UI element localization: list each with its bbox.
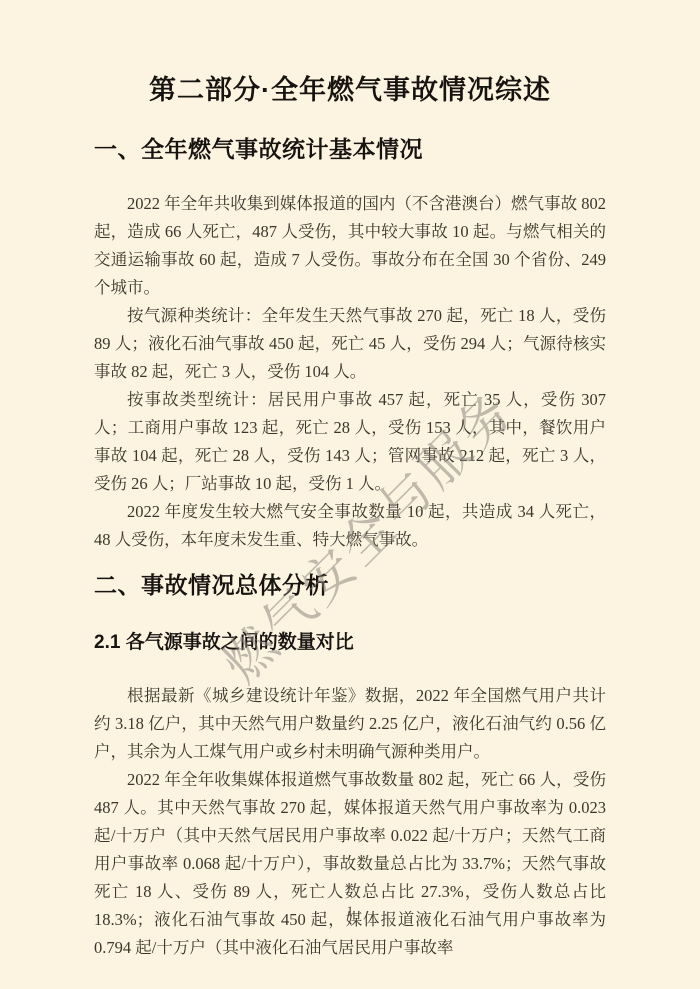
document-content: 第二部分·全年燃气事故情况综述 一、全年燃气事故统计基本情况 2022 年全年共…	[0, 0, 700, 962]
subsection-2-1-heading: 2.1 各气源事故之间的数量对比	[94, 630, 606, 656]
document-page: 第二部分·全年燃气事故情况综述 一、全年燃气事故统计基本情况 2022 年全年共…	[0, 0, 700, 989]
page-number: 1	[0, 903, 700, 919]
section-1-heading: 一、全年燃气事故统计基本情况	[94, 134, 606, 164]
section-2-heading: 二、事故情况总体分析	[94, 570, 606, 600]
subsection-2-1-paragraph-2: 2022 年全年收集媒体报道燃气事故数量 802 起，死亡 66 人，受伤 48…	[94, 766, 606, 962]
document-title: 第二部分·全年燃气事故情况综述	[94, 0, 606, 108]
section-1-paragraph-3: 按事故类型统计：居民用户事故 457 起，死亡 35 人，受伤 307 人；工商…	[94, 386, 606, 498]
section-1-paragraph-4: 2022 年度发生较大燃气安全事故数量 10 起，共造成 34 人死亡，48 人…	[94, 498, 606, 554]
section-1-paragraph-1: 2022 年全年共收集到媒体报道的国内（不含港澳台）燃气事故 802 起，造成 …	[94, 190, 606, 302]
section-1-paragraph-2: 按气源种类统计：全年发生天然气事故 270 起，死亡 18 人，受伤 89 人；…	[94, 302, 606, 386]
subsection-2-1-paragraph-1: 根据最新《城乡建设统计年鉴》数据，2022 年全国燃气用户共计约 3.18 亿户…	[94, 682, 606, 766]
